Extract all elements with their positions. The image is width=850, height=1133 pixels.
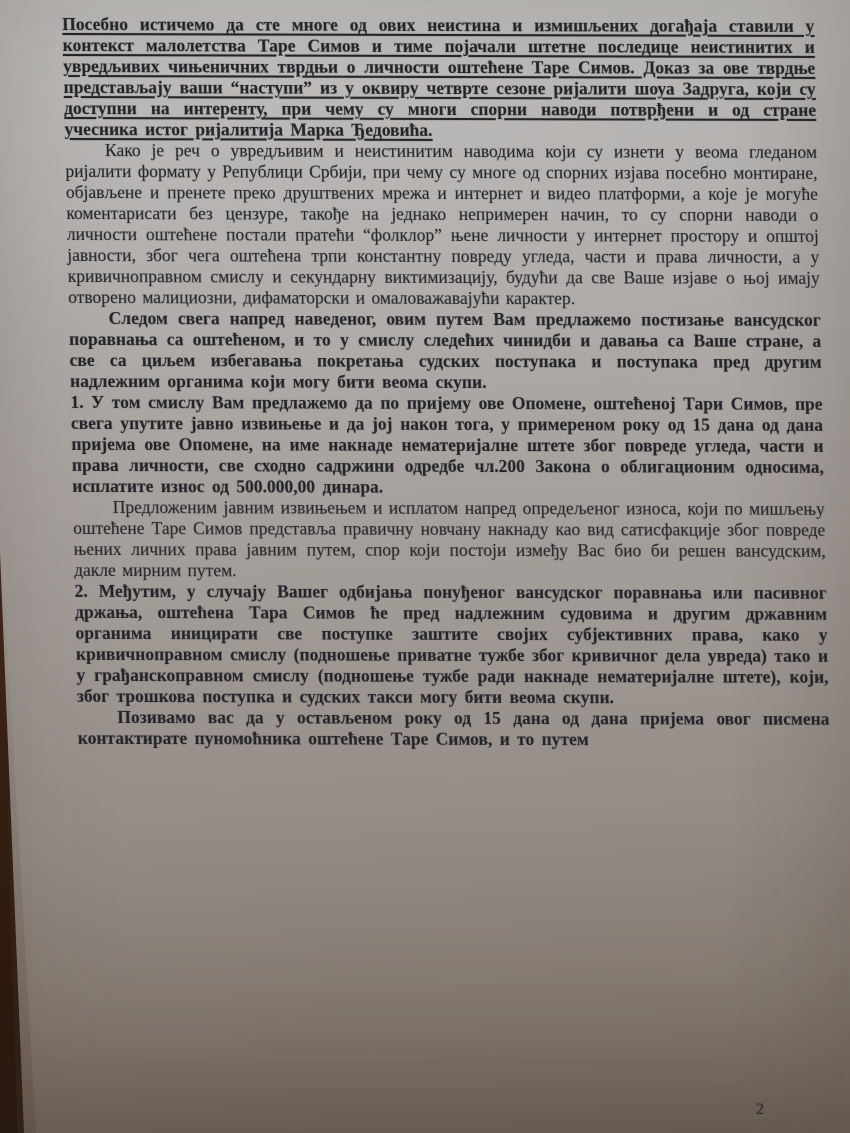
list-item-1-apology-payment: 1. У том смислу Вам предлажемо да по при…: [70, 392, 824, 499]
page-number: 2: [756, 1101, 764, 1119]
paragraph-payment-explanation: Предложеним јавним извињењем и исплатом …: [73, 497, 827, 583]
document-text-block: Посебно истичемо да сте многе од ових не…: [62, 14, 830, 751]
paragraph-settlement-proposal: Следом свега напред наведеног, овим путе…: [68, 308, 822, 394]
document-photo: Посебно истичемо да сте многе од ових не…: [0, 0, 850, 1133]
table-edge-shadow: [0, 552, 24, 1133]
list-item-2-legal-consequences: 2. Међутим, у случају Вашег одбијања пон…: [74, 581, 829, 709]
paragraph-context-harm: Како је реч о увредљивим и неистинитим н…: [65, 140, 821, 310]
paragraph-closing-invitation: Позивамо вас да у остављеном року од 15 …: [77, 707, 830, 751]
paragraph-intro-claims: Посебно истичемо да сте многе од ових не…: [62, 14, 817, 142]
